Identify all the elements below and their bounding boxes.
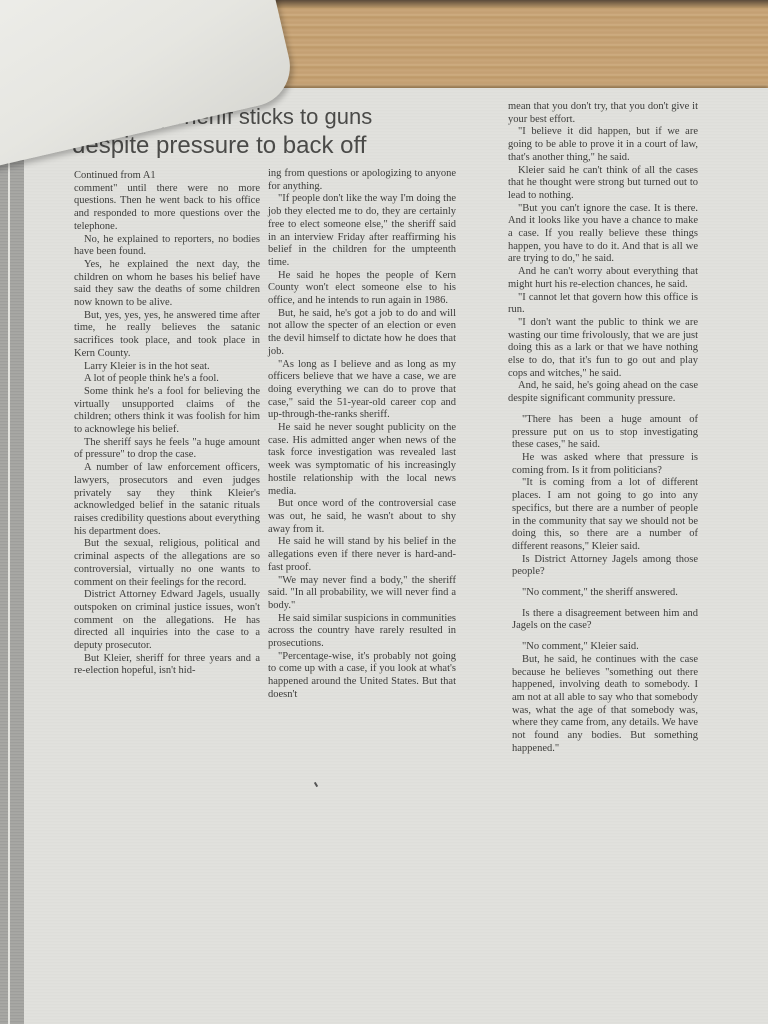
paragraph: "There has been a huge amount of pressur…	[512, 414, 698, 452]
paragraph: A number of law enforcement officers, la…	[74, 462, 260, 538]
paragraph: But, he said, he's got a job to do and w…	[268, 308, 456, 359]
paragraph: "But you can't ignore the case. It is th…	[508, 203, 698, 267]
paragraph: But, yes, yes, yes, he answered time aft…	[74, 310, 260, 361]
continued-from-label: Continued from A1	[74, 170, 260, 183]
paragraph: "No comment," the sheriff answered.	[512, 587, 698, 600]
article-column-2: ing from questions or apologizing to any…	[268, 168, 456, 702]
article-column-1: Continued from A1 comment" until there w…	[74, 170, 260, 678]
article-column-3: mean that you don't try, that you don't …	[508, 101, 698, 755]
paragraph: But the sexual, religious, political and…	[74, 538, 260, 589]
paragraph: "We may never find a body," the sheriff …	[268, 575, 456, 613]
paragraph: But once word of the controversial case …	[268, 498, 456, 536]
column-3-lower-section: "There has been a huge amount of pressur…	[512, 414, 698, 756]
paragraph: mean that you don't try, that you don't …	[508, 101, 698, 126]
paragraph: Is there a disagreement between him and …	[512, 608, 698, 633]
paragraph: But, he said, he continues with the case…	[512, 654, 698, 756]
headline-line-2: despite pressure to back off	[72, 130, 492, 162]
paragraph: He said similar suspicions in communitie…	[268, 613, 456, 651]
paragraph: "No comment," Kleier said.	[512, 641, 698, 654]
paragraph: Larry Kleier is in the hot seat.	[74, 361, 260, 374]
paragraph: He was asked where that pressure is comi…	[512, 452, 698, 477]
paragraph: He said he never sought publicity on the…	[268, 422, 456, 498]
paragraph: A lot of people think he's a fool.	[74, 373, 260, 386]
paragraph: He said he will stand by his belief in t…	[268, 536, 456, 574]
paragraph: But Kleier, sheriff for three years and …	[74, 653, 260, 678]
paragraph: No, he explained to reporters, no bodies…	[74, 234, 260, 259]
paragraph: "I cannot let that govern how this offic…	[508, 292, 698, 317]
paragraph: "As long as I believe and as long as my …	[268, 359, 456, 423]
paragraph: Some think he's a fool for believing the…	[74, 386, 260, 437]
paragraph: Is District Attorney Jagels among those …	[512, 554, 698, 579]
paragraph: And, he said, he's going ahead on the ca…	[508, 380, 698, 405]
paragraph: comment" until there were no more questi…	[74, 183, 260, 234]
paragraph: ing from questions or apologizing to any…	[268, 168, 456, 193]
paragraph: Kleier said he can't think of all the ca…	[508, 165, 698, 203]
paragraph: "Percentage-wise, it's probably not goin…	[268, 651, 456, 702]
paragraph: "I don't want the public to think we are…	[508, 317, 698, 381]
paragraph: And he can't worry about everything that…	[508, 266, 698, 291]
scanned-left-margin	[0, 135, 24, 1024]
paragraph: He said he hopes the people of Kern Coun…	[268, 270, 456, 308]
paragraph: "I believe it did happen, but if we are …	[508, 126, 698, 164]
paragraph: "It is coming from a lot of different pl…	[512, 477, 698, 553]
paragraph: District Attorney Edward Jagels, usually…	[74, 589, 260, 653]
paragraph: "If people don't like the way I'm doing …	[268, 193, 456, 269]
paragraph: The sheriff says he feels "a huge amount…	[74, 437, 260, 462]
paragraph: Yes, he explained the next day, the chil…	[74, 259, 260, 310]
